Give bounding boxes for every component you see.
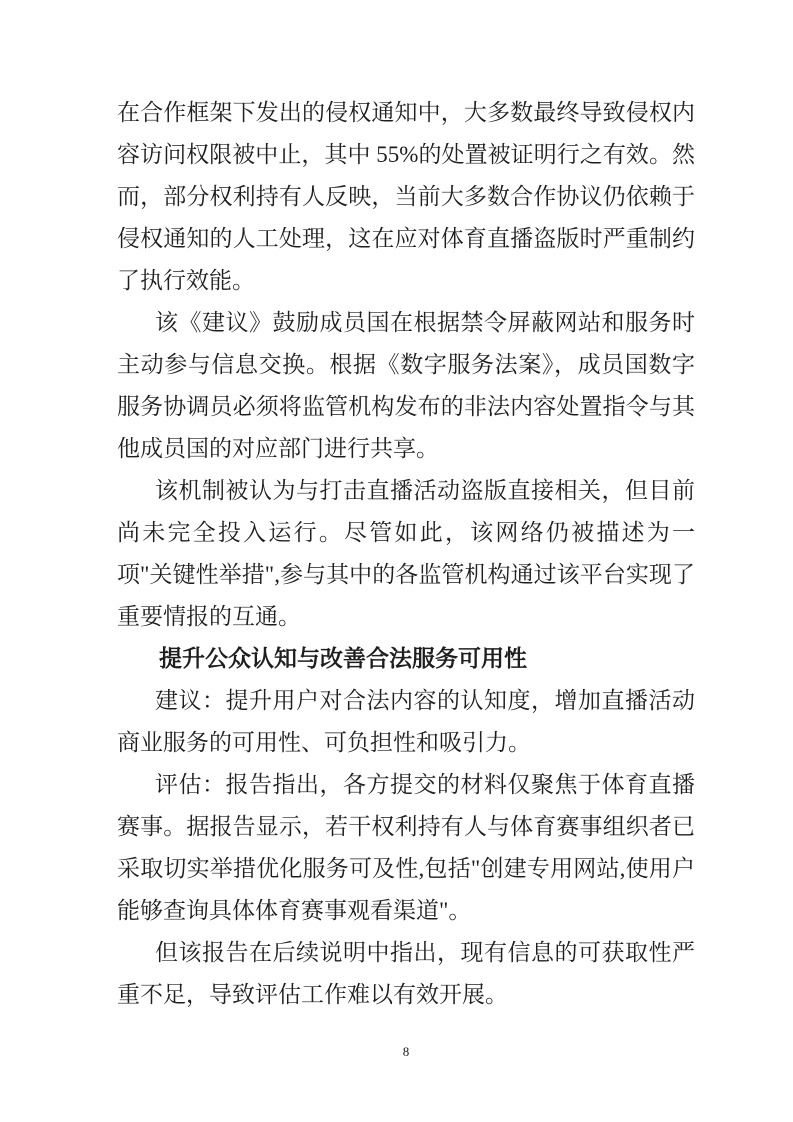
paragraph-notice-effectiveness: 在合作框架下发出的侵权通知中，大多数最终导致侵权内容访问权限被中止，其中 55%… (117, 92, 695, 302)
document-page: 在合作框架下发出的侵权通知中，大多数最终导致侵权内容访问权限被中止，其中 55%… (0, 0, 793, 1122)
paragraph-recommendation-info-exchange: 该《建议》鼓励成员国在根据禁令屏蔽网站和服务时主动参与信息交换。根据《数字服务法… (117, 302, 695, 470)
paragraph-mechanism-status: 该机制被认为与打击直播活动盗版直接相关，但目前尚未完全投入运行。尽管如此，该网络… (117, 470, 695, 638)
paragraph-evaluation: 评估：报告指出，各方提交的材料仅聚焦于体育直播赛事。据报告显示，若干权利持有人与… (117, 764, 695, 932)
paragraph-suggestion: 建议：提升用户对合法内容的认知度，增加直播活动商业服务的可用性、可负担性和吸引力… (117, 680, 695, 764)
document-body: 在合作框架下发出的侵权通知中，大多数最终导致侵权内容访问权限被中止，其中 55%… (117, 92, 695, 1016)
paragraph-report-limitation: 但该报告在后续说明中指出，现有信息的可获取性严重不足，导致评估工作难以有效开展。 (117, 932, 695, 1016)
page-number: 8 (117, 1042, 695, 1062)
section-heading: 提升公众认知与改善合法服务可用性 (117, 638, 695, 680)
